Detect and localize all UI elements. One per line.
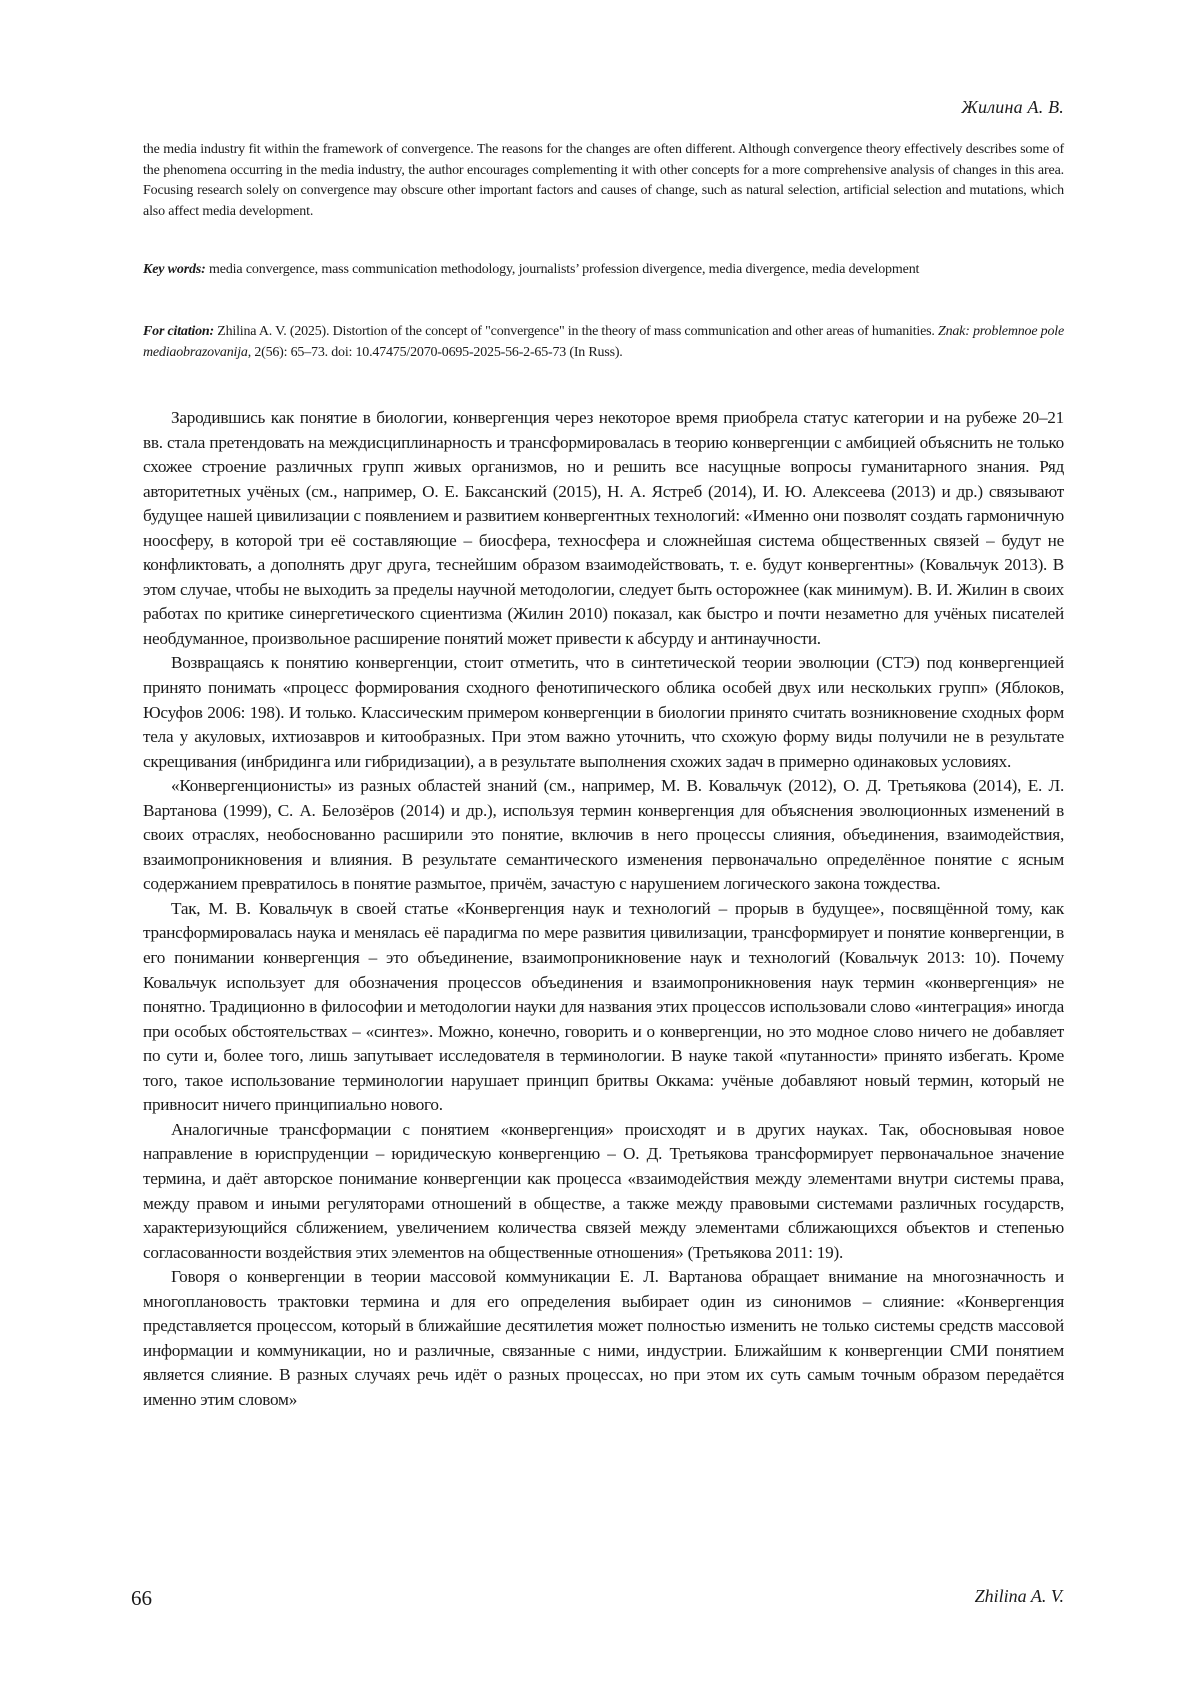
body-paragraph: Так, М. В. Ковальчук в своей статье «Кон…	[143, 897, 1064, 1118]
page-number: 66	[131, 1586, 152, 1611]
running-foot-author: Zhilina A. V.	[975, 1586, 1064, 1607]
body-paragraph: Возвращаясь к понятию конвергенции, стои…	[143, 651, 1064, 774]
journal-page: Жилина А. В. the media industry fit with…	[0, 0, 1200, 1698]
citation-text-before: Zhilina A. V. (2025). Distortion of the …	[214, 324, 938, 339]
citation-text-after: , 2(56): 65–73. doi: 10.47475/2070-0695-…	[248, 345, 623, 360]
keywords-text: media convergence, mass communication me…	[206, 262, 920, 277]
body-paragraph: Аналогичные трансформации с понятием «ко…	[143, 1118, 1064, 1265]
citation-section: For citation: Zhilina A. V. (2025). Dist…	[143, 322, 1064, 363]
article-body: Зародившись как понятие в биологии, конв…	[143, 406, 1064, 1412]
citation-label: For citation:	[143, 324, 214, 339]
body-paragraph: «Конвергенционисты» из разных областей з…	[143, 774, 1064, 897]
abstract-text: the media industry fit within the framew…	[143, 140, 1064, 222]
body-paragraph: Говоря о конвергенции в теории массовой …	[143, 1265, 1064, 1412]
body-paragraph: Зародившись как понятие в биологии, конв…	[143, 406, 1064, 651]
abstract-section: the media industry fit within the framew…	[143, 140, 1064, 222]
keywords-label: Key words:	[143, 262, 206, 277]
running-head-author: Жилина А. В.	[961, 97, 1064, 118]
keywords-section: Key words: media convergence, mass commu…	[143, 260, 1064, 281]
